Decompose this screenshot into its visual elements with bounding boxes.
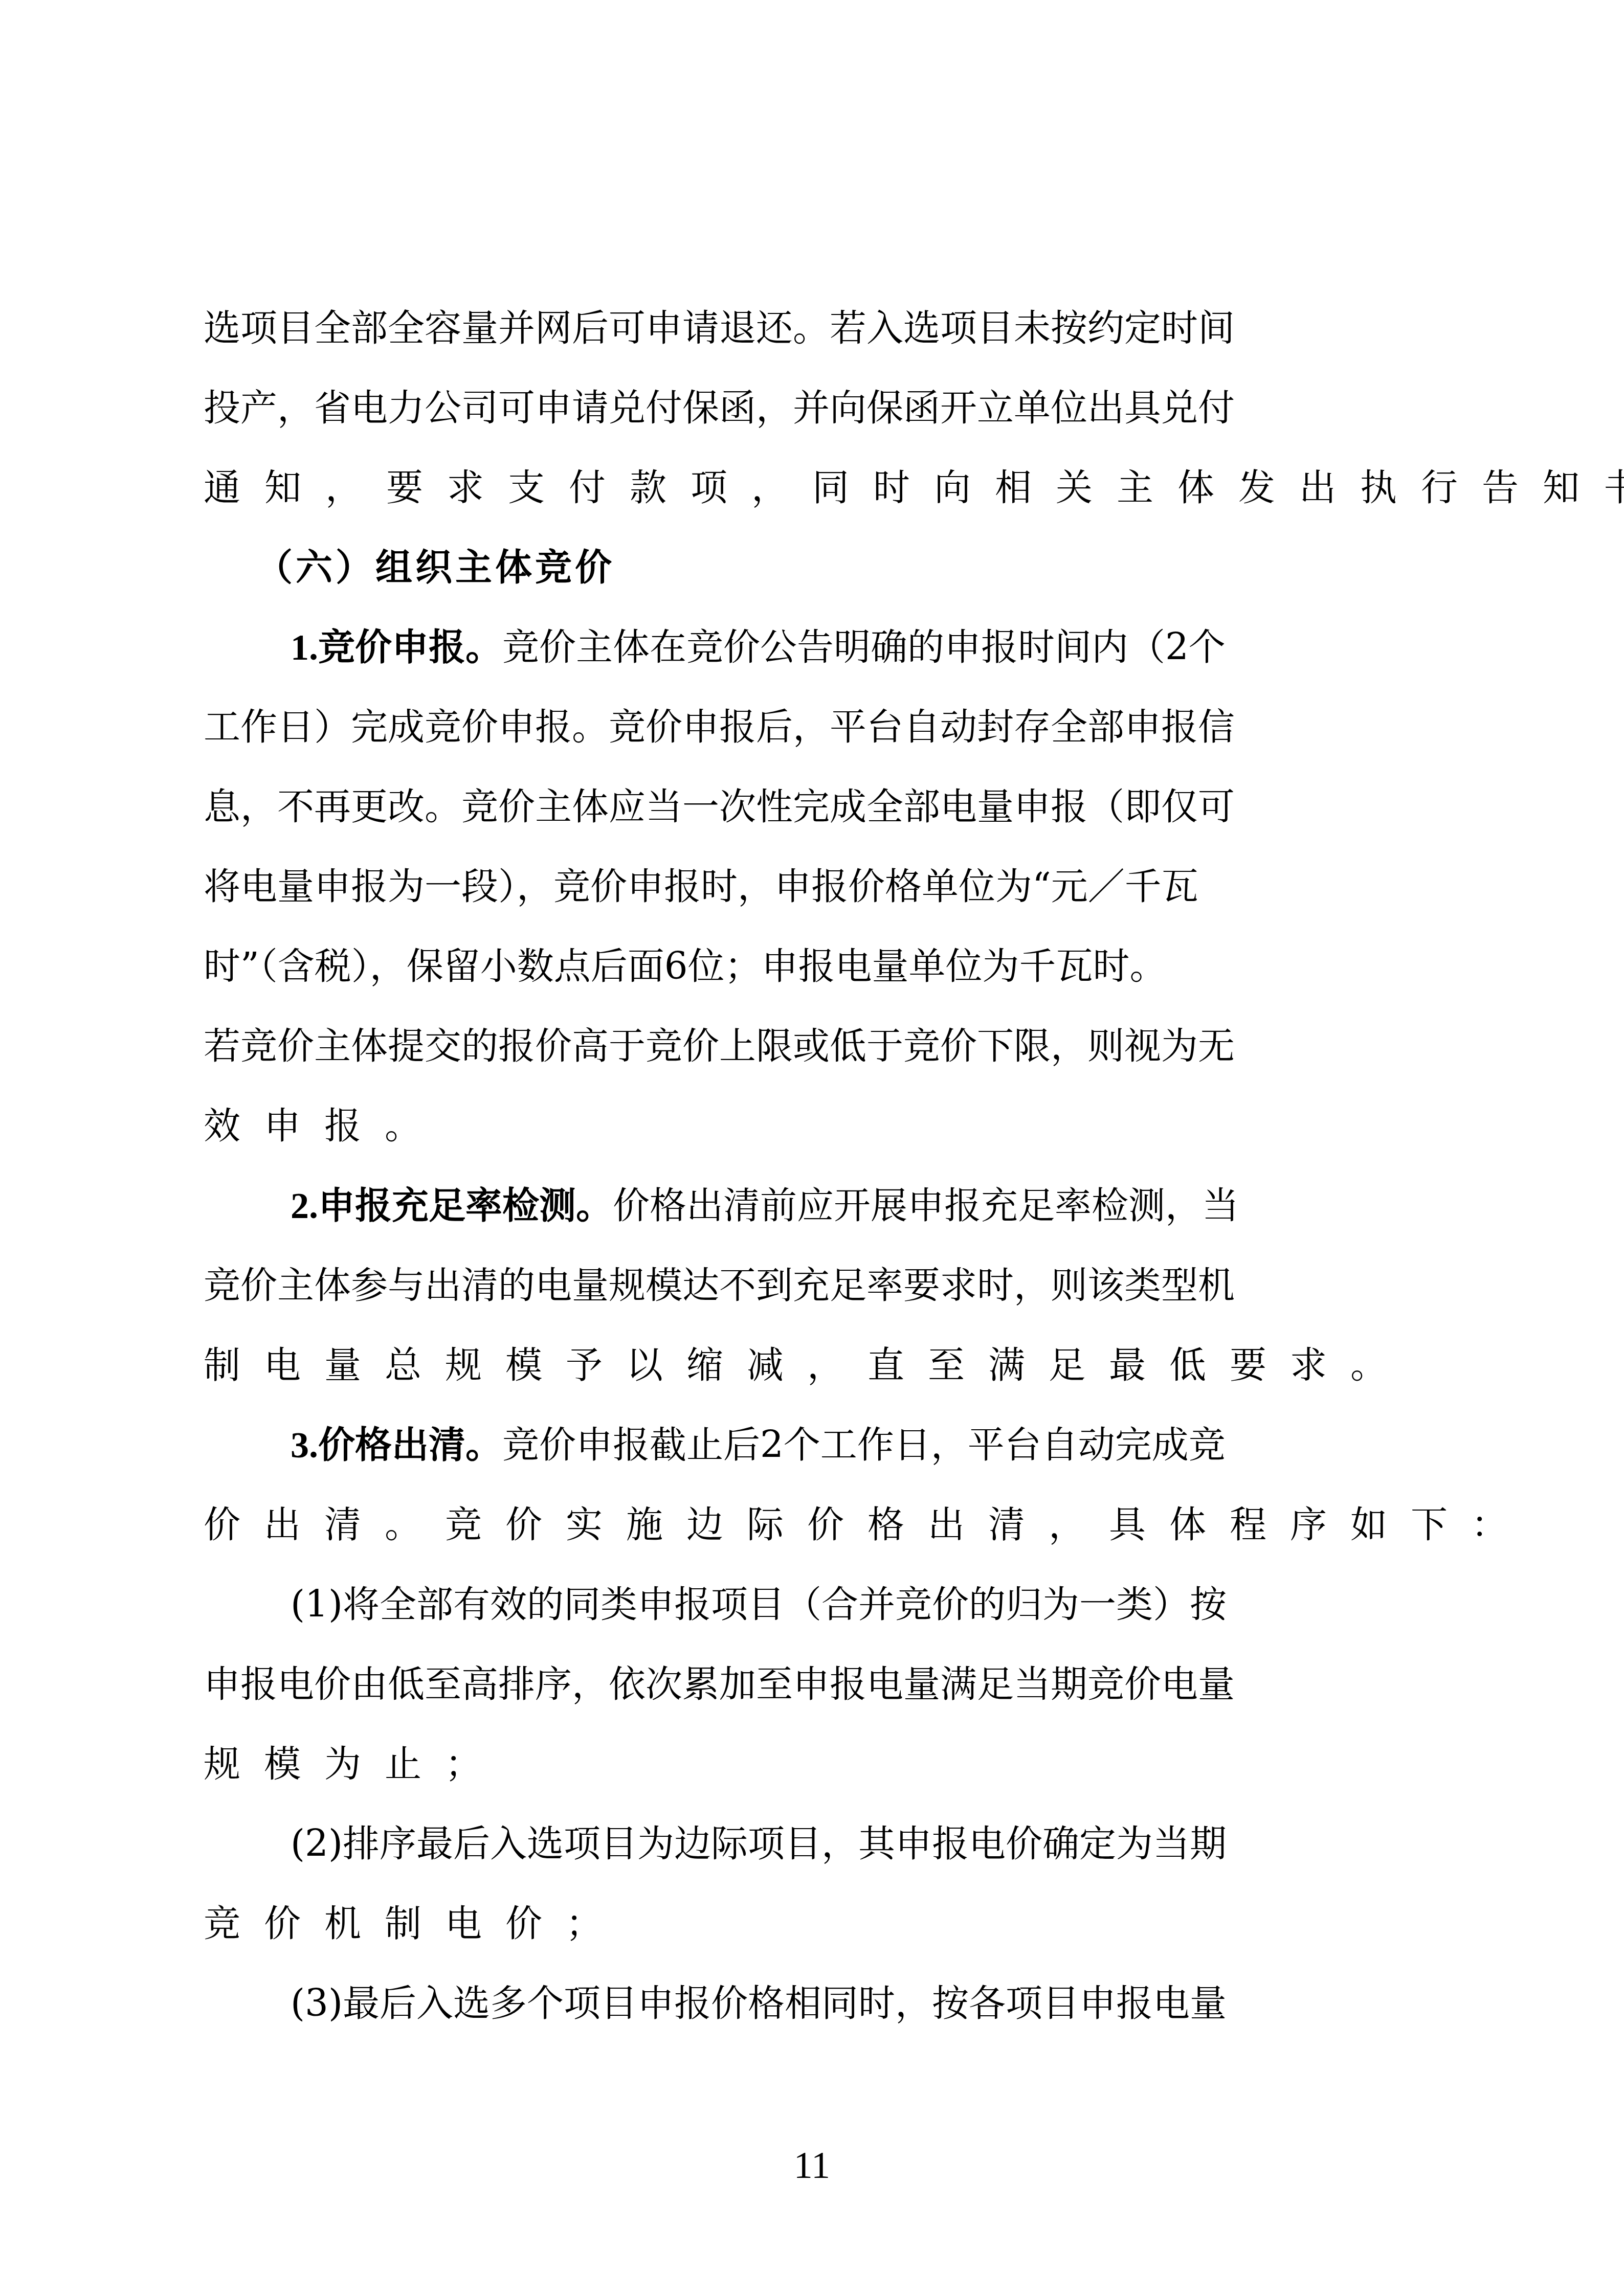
paragraph-text: 竞价申报截止后2个工作日，平台自动完成竞: [502, 1423, 1226, 1466]
page-number: 11: [0, 2143, 1624, 2189]
paragraph-line: 2.申报充足率检测。价格出清前应开展申报充足率检测，当: [291, 1165, 1411, 1245]
paragraph-line: 工作日）完成竞价申报。竞价申报后，平台自动封存全部申报信: [204, 687, 1411, 767]
paragraph-line: (3)最后入选多个项目申报价格相同时，按各项目申报电量: [291, 1963, 1411, 2043]
paragraph-line: 息，不再更改。竞价主体应当一次性完成全部电量申报（即仅可: [204, 767, 1411, 846]
paragraph-line: 通知，要求支付款项，同时向相关主体发出执行告知书。: [204, 447, 1411, 527]
paragraph-text: 价格出清前应开展申报充足率检测，当: [613, 1184, 1239, 1227]
paragraph-line: 规模为止；: [204, 1724, 1411, 1804]
paragraph-line: (1)将全部有效的同类申报项目（合并竞价的归为一类）按: [291, 1564, 1411, 1644]
paragraph-line: 1.竞价申报。竞价主体在竞价公告明确的申报时间内（2个: [291, 607, 1411, 687]
paragraph-line: 投产，省电力公司可申请兑付保函，并向保函开立单位出具兑付: [204, 368, 1411, 447]
paragraph-line: 时”（含税），保留小数点后面6位；申报电量单位为千瓦时。: [204, 926, 1411, 1006]
paragraph-lead: 1.竞价申报。: [291, 627, 502, 668]
document-page: 选项目全部全容量并网后可申请退还。若入选项目未按约定时间 投产，省电力公司可申请…: [0, 0, 1624, 2296]
paragraph-line: 效申报。: [204, 1086, 1411, 1165]
paragraph-line: 竞价机制电价；: [204, 1883, 1411, 1963]
paragraph-line: 申报电价由低至高排序，依次累加至申报电量满足当期竞价电量: [204, 1644, 1411, 1724]
paragraph-line: (2)排序最后入选项目为边际项目，其申报电价确定为当期: [291, 1804, 1411, 1883]
paragraph-line: 价出清。竞价实施边际价格出清，具体程序如下：: [204, 1484, 1411, 1564]
paragraph-lead: 3.价格出清。: [291, 1425, 502, 1466]
paragraph-line: 3.价格出清。竞价申报截止后2个工作日，平台自动完成竞: [291, 1405, 1411, 1484]
paragraph-line: 选项目全部全容量并网后可申请退还。若入选项目未按约定时间: [204, 288, 1411, 368]
paragraph-line: 若竞价主体提交的报价高于竞价上限或低于竞价下限，则视为无: [204, 1006, 1411, 1086]
paragraph-line: 竞价主体参与出清的电量规模达不到充足率要求时，则该类型机: [204, 1245, 1411, 1325]
paragraph-lead: 2.申报充足率检测。: [291, 1185, 613, 1226]
paragraph-line: 将电量申报为一段），竞价申报时，申报价格单位为“元／千瓦: [204, 846, 1411, 926]
paragraph-line: 制电量总规模予以缩减，直至满足最低要求。: [204, 1325, 1411, 1405]
section-heading: （六）组织主体竞价: [256, 527, 1463, 607]
paragraph-text: 竞价主体在竞价公告明确的申报时间内（2个: [502, 625, 1226, 668]
